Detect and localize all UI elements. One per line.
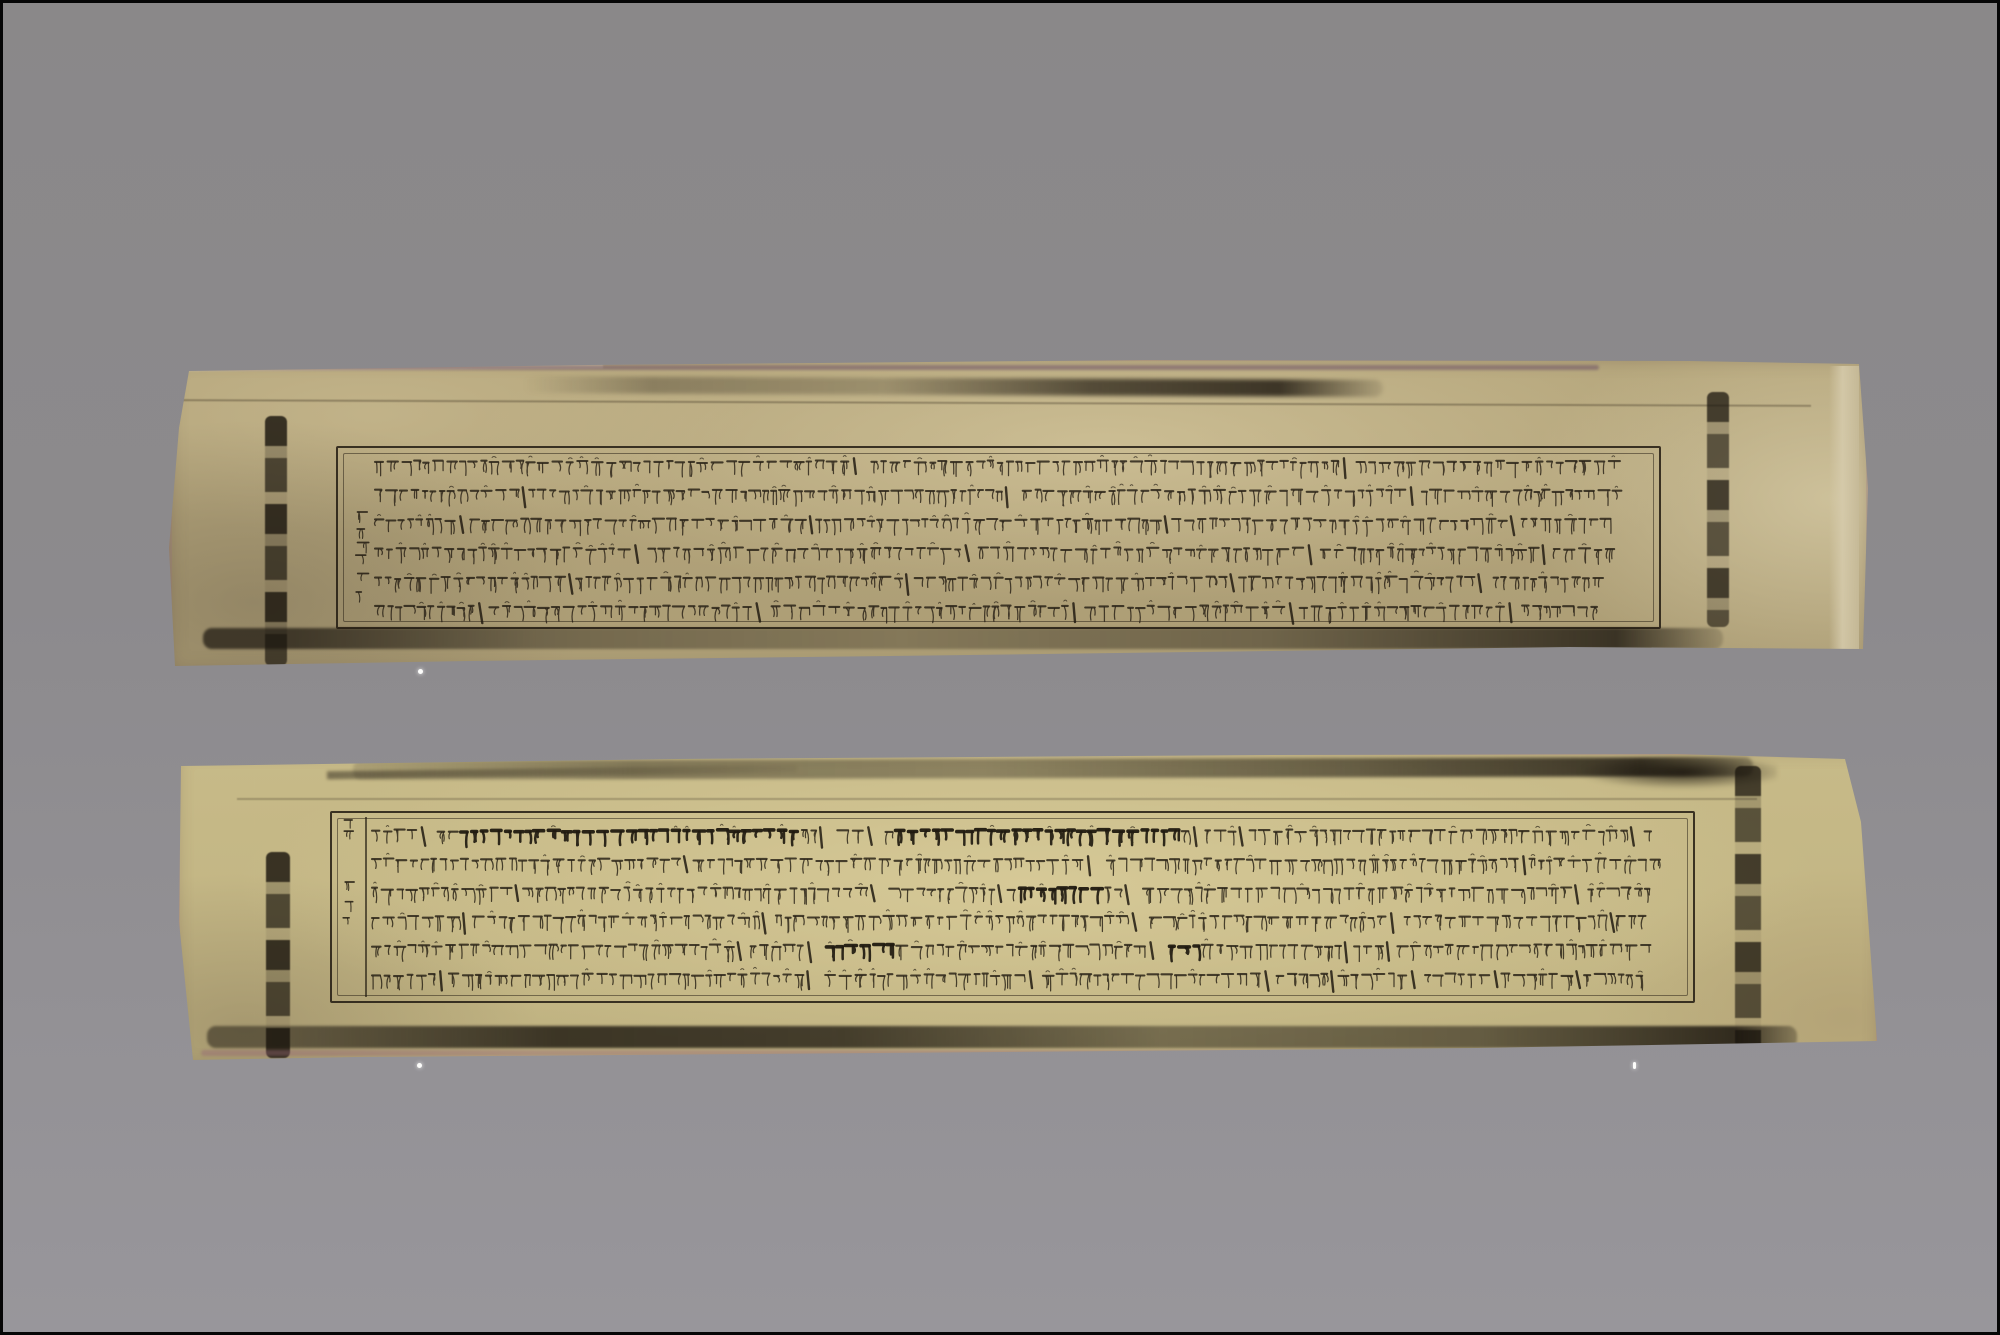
- script-line: [375, 483, 1626, 509]
- script-line: [375, 512, 1626, 538]
- ink-smudge-left-bar: [266, 852, 290, 1058]
- margin-cell-divider: [365, 817, 367, 997]
- margin-mark: [340, 816, 356, 842]
- script-line: [375, 454, 1626, 480]
- paper-edge-highlight: [1829, 366, 1859, 658]
- ink-smudge-left-bar: [265, 416, 287, 666]
- ink-smudge-corner-blob: [1542, 755, 1777, 793]
- script-line: [375, 599, 1626, 625]
- script-line: [375, 541, 1626, 567]
- light-speck: [1633, 1062, 1636, 1069]
- manuscript-folio-lower: [177, 752, 1879, 1065]
- light-speck: [417, 1063, 422, 1068]
- ink-smudge-streak: [327, 765, 797, 780]
- ink-smudge-right-bar: [1735, 766, 1761, 1049]
- margin-notation: [341, 878, 357, 930]
- crease-line: [237, 798, 1757, 800]
- script-line: [372, 967, 1665, 993]
- script-line: [372, 938, 1665, 964]
- dyed-edge-tint: [179, 365, 1599, 370]
- paper-edge-highlight: [183, 359, 603, 372]
- light-speck: [418, 669, 423, 674]
- manuscript-folio-upper: [169, 358, 1869, 671]
- ink-smudge-top: [523, 376, 1383, 397]
- script-line: [372, 823, 1665, 849]
- text-frame: [336, 446, 1661, 629]
- script-line: [375, 570, 1626, 596]
- crease-line: [181, 399, 1811, 407]
- margin-notation: [353, 508, 369, 608]
- photograph-background: [0, 0, 2000, 1335]
- script-line: [372, 881, 1665, 907]
- ink-smudge-bottom: [203, 628, 1723, 649]
- ink-smudge-right-bar: [1707, 392, 1729, 627]
- script-line: [372, 909, 1665, 935]
- ink-smudge-top: [353, 757, 1753, 780]
- ink-smudge-bottom: [207, 1026, 1797, 1048]
- dyed-edge-tint: [201, 1050, 1841, 1056]
- script-line: [372, 852, 1665, 878]
- text-frame: [330, 811, 1695, 1003]
